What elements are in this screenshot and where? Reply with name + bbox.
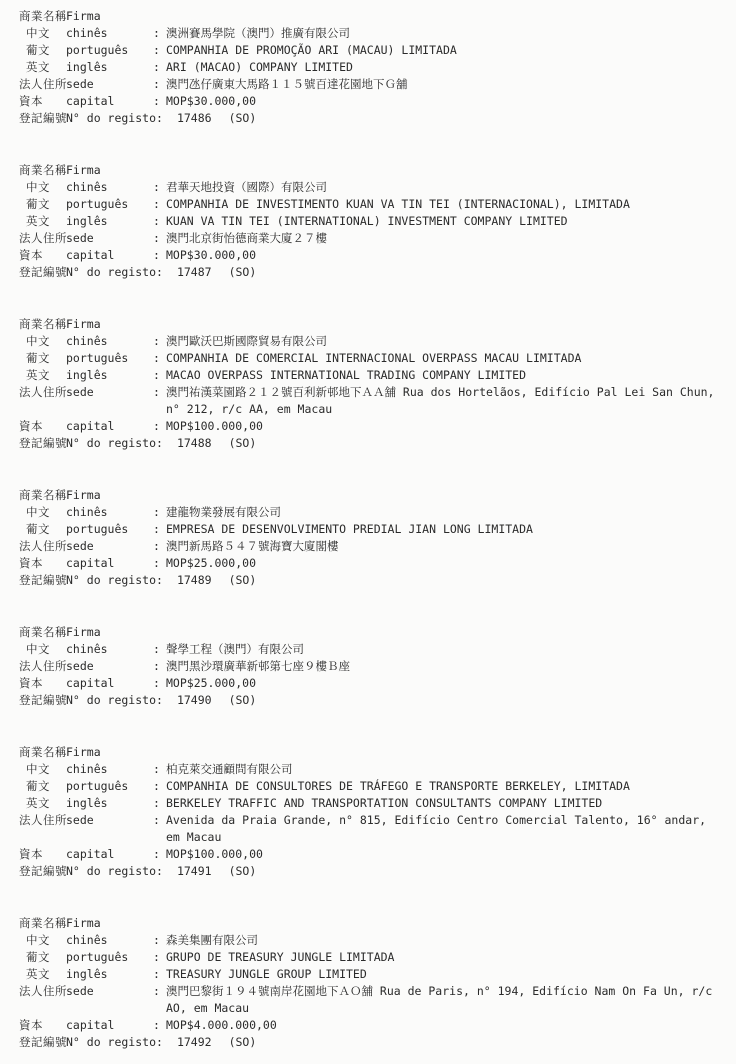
address-label-zh: 法人住所 [19,230,66,247]
english-label-zh: 英文 [19,59,66,76]
chinese-label-pt: chinês [66,179,153,196]
colon: : [153,93,166,110]
business-name-label-zh: 商業名稱 [19,316,66,333]
colon: : [153,658,166,675]
field-registration: 登記編號 N° do registo: 17486 (SO) [19,110,726,127]
english-label-pt: inglês [66,367,153,384]
field-portuguese-name: 葡文 português : COMPANHIA DE PROMOÇÃO ARI… [19,42,726,59]
registration-label-zh: 登記編號 [19,110,66,127]
registration-number: 17486 [177,110,212,127]
address-label-zh: 法人住所 [19,76,66,93]
chinese-label-zh: 中文 [19,932,66,949]
capital-label-pt: capital [66,846,153,863]
registration-label-zh: 登記編號 [19,863,66,880]
registration-label-zh: 登記編號 [19,692,66,709]
field-chinese-name: 中文 chinês : 建龍物業發展有限公司 [19,504,726,521]
business-name-label-pt: Firma [66,316,153,333]
chinese-name-value: 聲學工程（澳門）有限公司 [166,641,304,658]
field-address: 法人住所 sede : 澳門祐漢菜園路２１２號百利新邨地下ＡＡ舖 Rua dos… [19,384,726,418]
portuguese-label-pt: português [66,521,153,538]
business-name-label-zh: 商業名稱 [19,624,66,641]
colon: : [153,538,166,555]
field-portuguese-name: 葡文 português : GRUPO DE TREASURY JUNGLE … [19,949,726,966]
english-label-pt: inglês [66,795,153,812]
field-registration: 登記編號 N° do registo: 17492 (SO) [19,1034,726,1051]
colon: : [153,795,166,812]
capital-label-zh: 資本 [19,93,66,110]
colon: : [153,196,166,213]
colon: : [153,504,166,521]
field-registration: 登記編號 N° do registo: 17489 (SO) [19,572,726,589]
business-name-label-pt: Firma [66,8,153,25]
chinese-name-value: 君華天地投資（國際）有限公司 [166,179,327,196]
registration-label-pt: N° do registo: [66,264,163,281]
address-label-zh: 法人住所 [19,983,66,1000]
registration-suffix: (SO) [229,1034,257,1051]
colon: : [153,949,166,966]
address-value: 澳門祐漢菜園路２１２號百利新邨地下ＡＡ舖 Rua dos Hortelãos, … [166,384,716,418]
field-address: 法人住所 sede : 澳門黑沙環廣華新邨第七座９樓Ｂ座 [19,658,726,675]
chinese-name-value: 澳洲賽馬學院（澳門）推廣有限公司 [166,25,350,42]
colon: : [153,761,166,778]
field-registration: 登記編號 N° do registo: 17490 (SO) [19,692,726,709]
field-english-name: 英文 inglês : MACAO OVERPASS INTERNATIONAL… [19,367,726,384]
company-record: 商業名稱 Firma 中文 chinês : 聲學工程（澳門）有限公司 法人住所… [19,624,726,709]
field-chinese-name: 中文 chinês : 柏克萊交通顧問有限公司 [19,761,726,778]
chinese-label-zh: 中文 [19,179,66,196]
english-label-zh: 英文 [19,367,66,384]
portuguese-name-value: COMPANHIA DE CONSULTORES DE TRÁFEGO E TR… [166,778,630,795]
company-record: 商業名稱 Firma 中文 chinês : 森美集團有限公司 葡文 portu… [19,915,726,1051]
field-chinese-name: 中文 chinês : 君華天地投資（國際）有限公司 [19,179,726,196]
address-value: 澳門氹仔廣東大馬路１１５號百達花園地下Ｇ舖 [166,76,408,93]
field-address: 法人住所 sede : 澳門新馬路５４７號海寶大廈閣樓 [19,538,726,555]
field-english-name: 英文 inglês : ARI (MACAO) COMPANY LIMITED [19,59,726,76]
portuguese-name-value: COMPANHIA DE INVESTIMENTO KUAN VA TIN TE… [166,196,630,213]
registration-number: 17487 [177,264,212,281]
registration-label-zh: 登記編號 [19,264,66,281]
address-label-pt: sede [66,230,153,247]
chinese-label-pt: chinês [66,333,153,350]
english-label-pt: inglês [66,966,153,983]
registration-label-zh: 登記編號 [19,435,66,452]
business-name-label-pt: Firma [66,915,153,932]
colon: : [153,367,166,384]
portuguese-label-zh: 葡文 [19,350,66,367]
field-portuguese-name: 葡文 português : EMPRESA DE DESENVOLVIMENT… [19,521,726,538]
business-name-label-zh: 商業名稱 [19,915,66,932]
portuguese-label-pt: português [66,778,153,795]
registration-suffix: (SO) [229,863,257,880]
field-chinese-name: 中文 chinês : 森美集團有限公司 [19,932,726,949]
field-capital: 資本 capital : MOP$4.000.000,00 [19,1017,726,1034]
portuguese-label-pt: português [66,42,153,59]
company-record: 商業名稱 Firma 中文 chinês : 建龍物業發展有限公司 葡文 por… [19,487,726,589]
business-name-label-zh: 商業名稱 [19,487,66,504]
registration-suffix: (SO) [229,692,257,709]
record-header: 商業名稱 Firma [19,744,726,761]
portuguese-label-zh: 葡文 [19,196,66,213]
address-value: 澳門新馬路５４７號海寶大廈閣樓 [166,538,339,555]
field-english-name: 英文 inglês : BERKELEY TRAFFIC AND TRANSPO… [19,795,726,812]
address-value: 澳門黑沙環廣華新邨第七座９樓Ｂ座 [166,658,350,675]
portuguese-name-value: GRUPO DE TREASURY JUNGLE LIMITADA [166,949,394,966]
field-address: 法人住所 sede : 澳門北京街怡德商業大廈２７樓 [19,230,726,247]
business-name-label-zh: 商業名稱 [19,8,66,25]
registration-suffix: (SO) [229,572,257,589]
capital-value: MOP$100.000,00 [166,846,263,863]
registration-suffix: (SO) [229,110,257,127]
field-registration: 登記編號 N° do registo: 17487 (SO) [19,264,726,281]
chinese-label-zh: 中文 [19,333,66,350]
capital-label-zh: 資本 [19,555,66,572]
english-label-pt: inglês [66,59,153,76]
colon: : [153,59,166,76]
colon: : [153,778,166,795]
registration-number: 17492 [177,1034,212,1051]
english-name-value: MACAO OVERPASS INTERNATIONAL TRADING COM… [166,367,526,384]
colon: : [153,675,166,692]
capital-value: MOP$100.000,00 [166,418,263,435]
field-capital: 資本 capital : MOP$30.000,00 [19,93,726,110]
record-header: 商業名稱 Firma [19,316,726,333]
colon: : [153,25,166,42]
capital-value: MOP$30.000,00 [166,247,256,264]
field-chinese-name: 中文 chinês : 聲學工程（澳門）有限公司 [19,641,726,658]
colon: : [153,230,166,247]
portuguese-name-value: COMPANHIA DE PROMOÇÃO ARI (MACAU) LIMITA… [166,42,457,59]
colon: : [153,641,166,658]
registration-label-pt: N° do registo: [66,572,163,589]
capital-label-zh: 資本 [19,418,66,435]
english-label-pt: inglês [66,213,153,230]
colon: : [153,932,166,949]
field-address: 法人住所 sede : Avenida da Praia Grande, n° … [19,812,726,846]
company-record: 商業名稱 Firma 中文 chinês : 柏克萊交通顧問有限公司 葡文 po… [19,744,726,880]
address-label-pt: sede [66,384,153,401]
address-label-zh: 法人住所 [19,658,66,675]
colon: : [153,846,166,863]
english-label-zh: 英文 [19,795,66,812]
chinese-label-pt: chinês [66,641,153,658]
chinese-name-value: 森美集團有限公司 [166,932,258,949]
portuguese-name-value: COMPANHIA DE COMERCIAL INTERNACIONAL OVE… [166,350,581,367]
address-label-pt: sede [66,983,153,1000]
capital-value: MOP$30.000,00 [166,93,256,110]
chinese-label-zh: 中文 [19,25,66,42]
business-name-label-zh: 商業名稱 [19,162,66,179]
registration-suffix: (SO) [229,264,257,281]
registration-number: 17490 [177,692,212,709]
company-record: 商業名稱 Firma 中文 chinês : 澳門歐沃巴斯國際貿易有限公司 葡文… [19,316,726,452]
field-registration: 登記編號 N° do registo: 17491 (SO) [19,863,726,880]
colon: : [153,1017,166,1034]
field-capital: 資本 capital : MOP$25.000,00 [19,555,726,572]
registration-label-pt: N° do registo: [66,435,163,452]
portuguese-label-zh: 葡文 [19,42,66,59]
colon: : [153,983,166,1000]
registration-label-pt: N° do registo: [66,692,163,709]
chinese-label-pt: chinês [66,25,153,42]
english-name-value: KUAN VA TIN TEI (INTERNATIONAL) INVESTME… [166,213,568,230]
english-label-zh: 英文 [19,966,66,983]
colon: : [153,418,166,435]
chinese-label-zh: 中文 [19,504,66,521]
address-label-zh: 法人住所 [19,384,66,401]
field-capital: 資本 capital : MOP$25.000,00 [19,675,726,692]
record-header: 商業名稱 Firma [19,162,726,179]
capital-label-pt: capital [66,418,153,435]
portuguese-label-pt: português [66,949,153,966]
address-value: Avenida da Praia Grande, n° 815, Edifíci… [166,812,716,846]
business-name-label-pt: Firma [66,487,153,504]
field-address: 法人住所 sede : 澳門氹仔廣東大馬路１１５號百達花園地下Ｇ舖 [19,76,726,93]
colon: : [153,213,166,230]
english-name-value: TREASURY JUNGLE GROUP LIMITED [166,966,367,983]
record-header: 商業名稱 Firma [19,624,726,641]
chinese-label-pt: chinês [66,761,153,778]
address-label-pt: sede [66,76,153,93]
company-record: 商業名稱 Firma 中文 chinês : 澳洲賽馬學院（澳門）推廣有限公司 … [19,8,726,127]
field-english-name: 英文 inglês : TREASURY JUNGLE GROUP LIMITE… [19,966,726,983]
colon: : [153,350,166,367]
english-name-value: BERKELEY TRAFFIC AND TRANSPORTATION CONS… [166,795,602,812]
portuguese-name-value: EMPRESA DE DESENVOLVIMENTO PREDIAL JIAN … [166,521,533,538]
registration-number: 17488 [177,435,212,452]
capital-label-zh: 資本 [19,846,66,863]
capital-label-pt: capital [66,93,153,110]
field-chinese-name: 中文 chinês : 澳洲賽馬學院（澳門）推廣有限公司 [19,25,726,42]
field-capital: 資本 capital : MOP$30.000,00 [19,247,726,264]
registration-number: 17491 [177,863,212,880]
business-name-label-pt: Firma [66,744,153,761]
address-label-zh: 法人住所 [19,812,66,829]
colon: : [153,247,166,264]
registration-label-pt: N° do registo: [66,110,163,127]
capital-value: MOP$4.000.000,00 [166,1017,277,1034]
field-address: 法人住所 sede : 澳門巴黎街１９４號南岸花園地下ＡＯ舖 Rua de Pa… [19,983,726,1017]
chinese-label-zh: 中文 [19,761,66,778]
capital-label-pt: capital [66,555,153,572]
colon: : [153,42,166,59]
colon: : [153,179,166,196]
colon: : [153,521,166,538]
address-label-zh: 法人住所 [19,538,66,555]
business-name-label-zh: 商業名稱 [19,744,66,761]
capital-label-zh: 資本 [19,675,66,692]
field-english-name: 英文 inglês : KUAN VA TIN TEI (INTERNATION… [19,213,726,230]
colon: : [153,384,166,401]
address-value: 澳門巴黎街１９４號南岸花園地下ＡＯ舖 Rua de Paris, n° 194,… [166,983,716,1017]
field-portuguese-name: 葡文 português : COMPANHIA DE COMERCIAL IN… [19,350,726,367]
capital-label-zh: 資本 [19,247,66,264]
english-label-zh: 英文 [19,213,66,230]
business-name-label-pt: Firma [66,624,153,641]
colon: : [153,812,166,829]
capital-label-pt: capital [66,1017,153,1034]
capital-label-pt: capital [66,247,153,264]
english-name-value: ARI (MACAO) COMPANY LIMITED [166,59,353,76]
registration-number: 17489 [177,572,212,589]
field-portuguese-name: 葡文 português : COMPANHIA DE INVESTIMENTO… [19,196,726,213]
registration-suffix: (SO) [229,435,257,452]
capital-value: MOP$25.000,00 [166,675,256,692]
field-chinese-name: 中文 chinês : 澳門歐沃巴斯國際貿易有限公司 [19,333,726,350]
registration-label-pt: N° do registo: [66,1034,163,1051]
portuguese-label-zh: 葡文 [19,778,66,795]
address-label-pt: sede [66,658,153,675]
address-label-pt: sede [66,812,153,829]
colon: : [153,966,166,983]
business-name-label-pt: Firma [66,162,153,179]
portuguese-label-zh: 葡文 [19,521,66,538]
record-header: 商業名稱 Firma [19,8,726,25]
portuguese-label-pt: português [66,196,153,213]
registration-label-zh: 登記編號 [19,572,66,589]
registration-label-zh: 登記編號 [19,1034,66,1051]
registration-label-pt: N° do registo: [66,863,163,880]
chinese-label-zh: 中文 [19,641,66,658]
chinese-name-value: 澳門歐沃巴斯國際貿易有限公司 [166,333,327,350]
portuguese-label-zh: 葡文 [19,949,66,966]
capital-label-zh: 資本 [19,1017,66,1034]
field-capital: 資本 capital : MOP$100.000,00 [19,418,726,435]
company-record: 商業名稱 Firma 中文 chinês : 君華天地投資（國際）有限公司 葡文… [19,162,726,281]
chinese-label-pt: chinês [66,504,153,521]
capital-value: MOP$25.000,00 [166,555,256,572]
address-label-pt: sede [66,538,153,555]
colon: : [153,555,166,572]
colon: : [153,76,166,93]
chinese-label-pt: chinês [66,932,153,949]
field-registration: 登記編號 N° do registo: 17488 (SO) [19,435,726,452]
colon: : [153,333,166,350]
chinese-name-value: 柏克萊交通顧問有限公司 [166,761,293,778]
record-header: 商業名稱 Firma [19,487,726,504]
capital-label-pt: capital [66,675,153,692]
portuguese-label-pt: português [66,350,153,367]
chinese-name-value: 建龍物業發展有限公司 [166,504,281,521]
record-header: 商業名稱 Firma [19,915,726,932]
address-value: 澳門北京街怡德商業大廈２７樓 [166,230,327,247]
field-capital: 資本 capital : MOP$100.000,00 [19,846,726,863]
field-portuguese-name: 葡文 português : COMPANHIA DE CONSULTORES … [19,778,726,795]
